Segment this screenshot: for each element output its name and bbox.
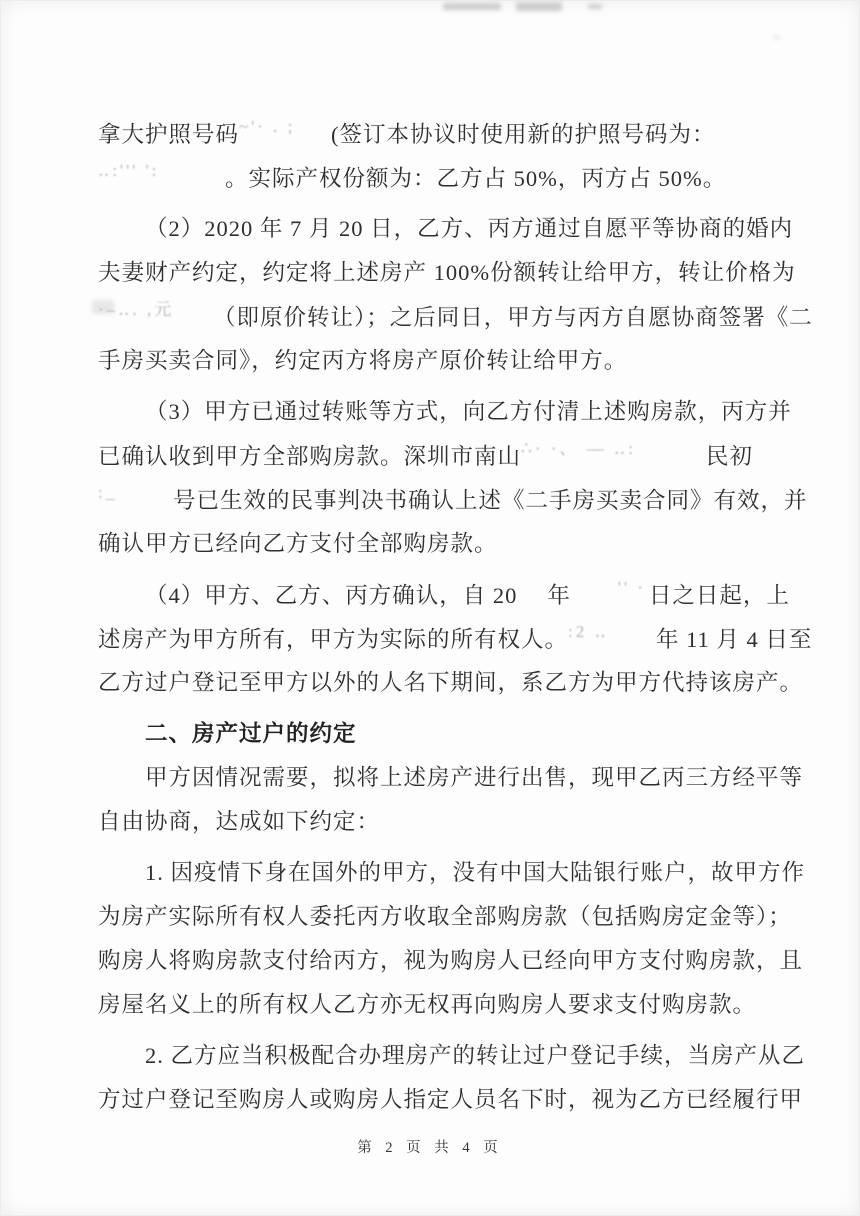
- document-body: 拿大护照号码~'· . ;(签订本协议时使用新的护照号码为：‥:''' ':。实…: [98, 112, 756, 1122]
- redacted-text: ‥:''' ':: [98, 156, 225, 186]
- text-run: 民初: [706, 444, 753, 469]
- text-run: （2）2020 年 7 月 20 日，乙方、丙方通过自愿平等协商的婚内: [145, 216, 793, 241]
- redacted-text: ·–‥. ,元: [98, 295, 213, 325]
- text-line: 乙方过户登记至甲方以外的人名下期间，系乙方为甲方代持该房产。: [98, 661, 756, 705]
- scan-artifact: [443, 3, 501, 10]
- text-run: （4）甲方、乙方、丙方确认，自 20: [145, 583, 517, 608]
- text-run: 述房产为甲方所有，甲方为实际的所有权人。: [98, 627, 568, 652]
- text-line: 甲方因情况需要，拟将上述房产进行出售，现甲乙丙三方经平等: [98, 756, 756, 800]
- text-run: 1. 因疫情下身在国外的甲方，没有中国大陆银行账户，故甲方作: [145, 860, 805, 885]
- text-line: 方过户登记至购房人或购房人指定人员名下时，视为乙方已经履行甲: [98, 1078, 756, 1122]
- text-line: ‥:''' ':。实际产权份额为：乙方占 50%，丙方占 50%。: [98, 156, 756, 200]
- text-run: 。实际产权份额为：乙方占 50%，丙方占 50%。: [225, 166, 726, 191]
- text-line: :_号已生效的民事判决书确认上述《二手房买卖合同》有效，并: [98, 478, 756, 522]
- text-run: 自由协商，达成如下约定：: [98, 809, 380, 834]
- text-run: 为房产实际所有权人委托丙方收取全部购房款（包括购房定金等）；: [98, 904, 792, 929]
- text-run: 房屋名义上的所有权人乙方亦无权再向购房人要求支付购房款。: [98, 992, 756, 1017]
- text-line: 确认甲方已经向乙方支付全部购房款。: [98, 522, 756, 566]
- redacted-text: ~'· . ;: [239, 112, 331, 142]
- text-line: 2. 乙方应当积极配合办理房产的转让过户登记手续，当房产从乙: [98, 1034, 756, 1078]
- text-run: 确认甲方已经向乙方支付全部购房款。: [98, 531, 498, 556]
- text-run: 方过户登记至购房人或购房人指定人员名下时，视为乙方已经履行甲: [98, 1087, 803, 1112]
- text-run: (签订本协议时使用新的护照号码为：: [331, 122, 716, 147]
- redacted-text: . 、: [517, 573, 547, 603]
- text-line: 1. 因疫情下身在国外的甲方，没有中国大陆银行账户，故甲方作: [98, 851, 756, 895]
- text-run: 甲方因情况需要，拟将上述房产进行出售，现甲乙丙三方经平等: [145, 765, 803, 790]
- text-run: 2. 乙方应当积极配合办理房产的转让过户登记手续，当房产从乙: [145, 1043, 805, 1068]
- text-run: 购房人将购房款支付给丙方，视为购房人已经向甲方支付购房款，且: [98, 948, 803, 973]
- text-line: 为房产实际所有权人委托丙方收取全部购房款（包括购房定金等）；: [98, 895, 756, 939]
- text-run: 夫妻财产约定，约定将上述房产 100%份额转让给甲方，转让价格为: [98, 260, 796, 285]
- text-line: 自由协商，达成如下约定：: [98, 800, 756, 844]
- scan-artifact: [588, 4, 602, 9]
- text-run: （即原价转让）；之后同日，甲方与丙方自愿协商签署《二: [213, 305, 813, 330]
- text-run: 号已生效的民事判决书确认上述《二手房买卖合同》有效，并: [173, 488, 808, 513]
- scanned-contract-page: 拿大护照号码~'· . ;(签订本协议时使用新的护照号码为：‥:''' ':。实…: [0, 0, 860, 1216]
- text-run: 年 11 月 4 日至: [656, 627, 812, 652]
- text-line: ·–‥. ,元（即原价转让）；之后同日，甲方与丙方自愿协商签署《二: [98, 295, 756, 339]
- text-line: （2）2020 年 7 月 20 日，乙方、丙方通过自愿平等协商的婚内: [98, 207, 756, 251]
- redacted-text: '' ·: [571, 573, 649, 603]
- text-run: 拿大护照号码: [98, 122, 239, 147]
- text-line: （3）甲方已通过转账等方式，向乙方付清上述购房款，丙方并: [98, 390, 756, 434]
- scan-artifact: [773, 36, 780, 39]
- text-line: 夫妻财产约定，约定将上述房产 100%份额转让给甲方，转让价格为: [98, 251, 756, 295]
- text-run: （3）甲方已通过转账等方式，向乙方付清上述购房款，丙方并: [145, 399, 792, 424]
- scan-artifact: [516, 2, 562, 11]
- text-line: 购房人将购房款支付给丙方，视为购房人已经向甲方支付购房款，且: [98, 939, 756, 983]
- text-run: 二、房产过户的约定: [145, 721, 357, 746]
- text-line: 房屋名义上的所有权人乙方亦无权再向购房人要求支付购房款。: [98, 983, 756, 1027]
- section-heading: 二、房产过户的约定: [98, 712, 756, 756]
- text-line: 手房买卖合同》，约定丙方将房产原价转让给甲方。: [98, 339, 756, 383]
- redacted-text: ∴· ·、 — ‥:: [521, 434, 706, 464]
- text-run: 手房买卖合同》，约定丙方将房产原价转让给甲方。: [98, 348, 627, 373]
- text-run: 已确认收到甲方全部购房款。深圳市南山: [98, 444, 521, 469]
- page-footer: 第 2 页 共 4 页: [0, 1136, 860, 1157]
- text-run: 乙方过户登记至甲方以外的人名下期间，系乙方为甲方代持该房产。: [98, 670, 803, 695]
- text-line: 述房产为甲方所有，甲方为实际的所有权人。:2 ‥年 11 月 4 日至: [98, 617, 756, 661]
- text-line: 拿大护照号码~'· . ;(签订本协议时使用新的护照号码为：: [98, 112, 756, 156]
- text-run: 日之日起，上: [649, 583, 790, 608]
- redacted-text: :_: [98, 478, 140, 508]
- text-run: 年: [547, 583, 571, 608]
- page-number-text: 第 2 页 共 4 页: [357, 1140, 503, 1156]
- redacted-text: :2 ‥: [568, 617, 656, 647]
- text-line: 已确认收到甲方全部购房款。深圳市南山∴· ·、 — ‥:民初: [98, 434, 756, 478]
- text-line: （4）甲方、乙方、丙方确认，自 20. 、年'' ·日之日起，上: [98, 573, 756, 617]
